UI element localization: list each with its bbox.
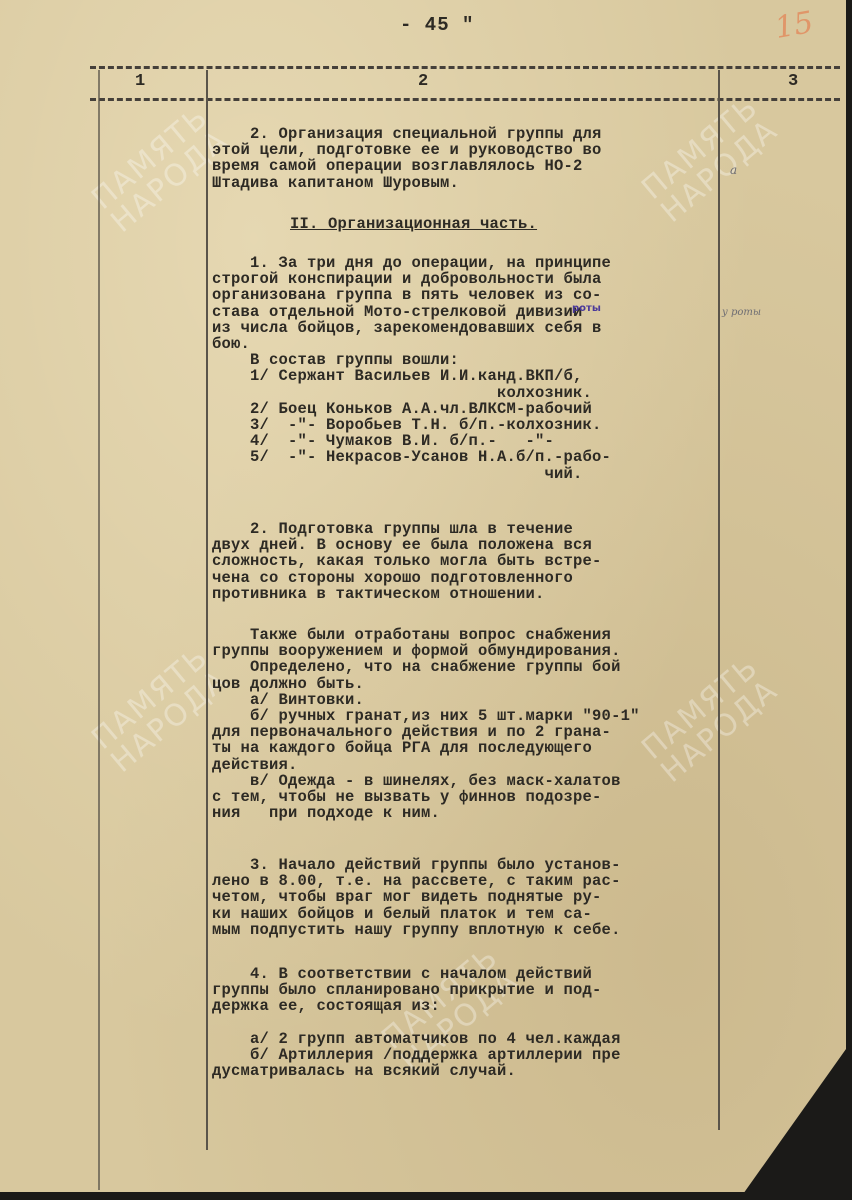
- paragraph-organization-2: 2. Подготовка группы шла в течение двух …: [212, 521, 732, 602]
- column-divider-left: [98, 70, 100, 1190]
- paragraph-organization-4: 4. В соответствии с началом действий гру…: [212, 966, 732, 1079]
- document-page: - 45 " 15 ПАМЯТЬ НАРОДА ПАМЯТЬ НАРОДА ПА…: [0, 0, 846, 1192]
- paragraph-organization-3: 3. Начало действий группы было установ- …: [212, 857, 732, 938]
- margin-note: у роты: [722, 307, 761, 318]
- handwritten-insert: роты: [572, 303, 601, 314]
- column-header-3: 3: [788, 72, 798, 91]
- paragraph-supply: Также были отработаны вопрос снабжения г…: [212, 627, 732, 821]
- red-pencil-mark: 15: [772, 5, 816, 46]
- margin-note: а: [730, 163, 737, 177]
- page-number: - 45 ": [400, 14, 474, 36]
- column-header-1: 1: [135, 72, 145, 91]
- paragraph-2: 2. Организация специальной группы для эт…: [212, 126, 732, 191]
- paragraph-organization-1: 1. За три дня до операции, на принципе с…: [212, 255, 732, 482]
- column-divider-1-2: [206, 70, 208, 1150]
- column-header-2: 2: [418, 72, 428, 91]
- header-bottom-rule: [90, 98, 840, 101]
- section-heading: II. Организационная часть.: [290, 216, 810, 232]
- header-top-rule: [90, 66, 840, 69]
